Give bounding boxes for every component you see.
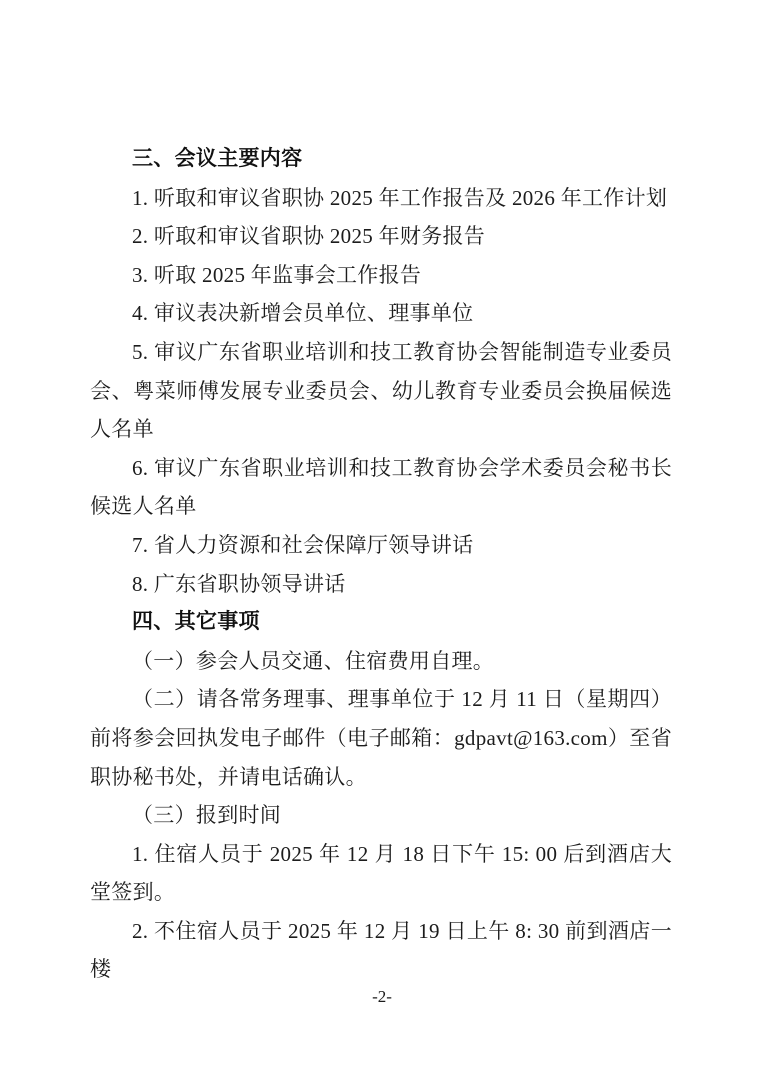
paragraph-item-4: 4. 审议表决新增会员单位、理事单位	[90, 294, 672, 333]
section-heading-meeting-content: 三、会议主要内容	[90, 140, 672, 179]
paragraph-checkin-1: 1. 住宿人员于 2025 年 12 月 18 日下午 15: 00 后到酒店大…	[90, 835, 672, 912]
paragraph-other-3: （三）报到时间	[90, 796, 672, 835]
paragraph-other-1: （一）参会人员交通、住宿费用自理。	[90, 642, 672, 681]
section-heading-other-matters: 四、其它事项	[90, 603, 672, 642]
document-page: 三、会议主要内容 1. 听取和审议省职协 2025 年工作报告及 2026 年工…	[0, 0, 764, 1080]
page-number: -2-	[0, 986, 764, 1008]
paragraph-item-5: 5. 审议广东省职业培训和技工教育协会智能制造专业委员会、粤菜师傅发展专业委员会…	[90, 333, 672, 449]
paragraph-item-6: 6. 审议广东省职业培训和技工教育协会学术委员会秘书长候选人名单	[90, 449, 672, 526]
paragraph-checkin-2: 2. 不住宿人员于 2025 年 12 月 19 日上午 8: 30 前到酒店一…	[90, 912, 672, 989]
paragraph-item-2: 2. 听取和审议省职协 2025 年财务报告	[90, 217, 672, 256]
document-body: 三、会议主要内容 1. 听取和审议省职协 2025 年工作报告及 2026 年工…	[90, 140, 672, 989]
paragraph-item-7: 7. 省人力资源和社会保障厅领导讲话	[90, 526, 672, 565]
paragraph-other-2: （二）请各常务理事、理事单位于 12 月 11 日（星期四）前将参会回执发电子邮…	[90, 680, 672, 796]
paragraph-item-3: 3. 听取 2025 年监事会工作报告	[90, 256, 672, 295]
paragraph-item-8: 8. 广东省职协领导讲话	[90, 565, 672, 604]
paragraph-item-1: 1. 听取和审议省职协 2025 年工作报告及 2026 年工作计划	[90, 179, 672, 218]
